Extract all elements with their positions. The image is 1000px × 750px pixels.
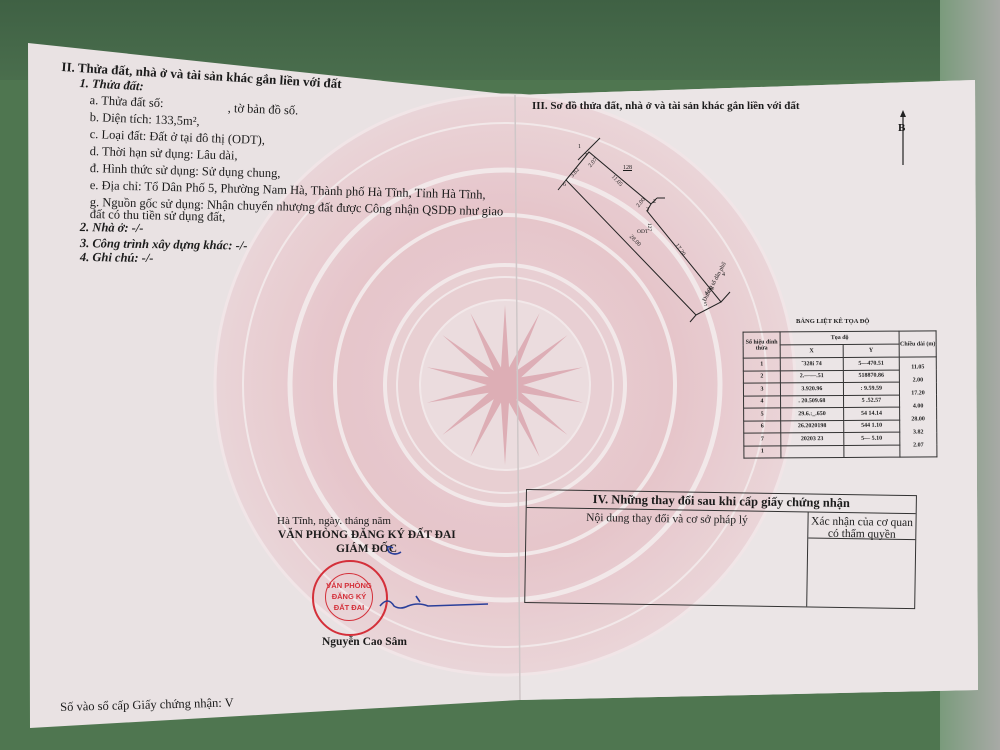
col-header-x: X	[780, 344, 843, 357]
col-header-point: Số hiệu đỉnh thửa	[743, 332, 780, 358]
authority-confirmation-header: Xác nhận của cơ quan có thẩm quyền	[808, 515, 915, 540]
coordinate-cell-y: : 9.59.59	[843, 382, 899, 395]
parcel-land-type: ODT	[637, 229, 648, 235]
coordinate-cell-x: ˜328i 74	[780, 357, 843, 370]
changes-content-header: Nội dung thay đổi và cơ sở pháp lý	[586, 512, 748, 527]
north-arrow-icon	[898, 110, 910, 166]
coordinate-cell-y: 5— 5.10	[843, 432, 899, 445]
coordinate-cell-y: 5—470.51	[843, 357, 899, 370]
coordinate-cell-x: 3.920.96	[780, 382, 843, 395]
coordinate-cell-point: 1	[743, 358, 780, 371]
coordinate-cell-x: 2.——.51	[780, 370, 843, 383]
vertex-3: 3	[646, 207, 649, 213]
coordinate-cell-point: 1	[744, 445, 781, 458]
neighbor-parcel-number: 128	[623, 165, 632, 171]
coordinate-row: 1˜328i 745—470.5111.052.0017.204.0028.00…	[743, 357, 936, 371]
changes-content-column: Nội dung thay đổi và cơ sở pháp lý	[525, 508, 808, 606]
col-header-coords: Tọa độ	[780, 331, 899, 345]
coordinate-cell-point: 3	[743, 383, 780, 396]
edge-length-value: 2.00	[900, 374, 936, 387]
coordinate-cell-y: 544 1.10	[843, 420, 899, 433]
coordinate-cell-y: 518870.86	[843, 370, 899, 383]
changes-after-issuance-table: IV. Những thay đổi sau khi cấp giấy chứn…	[524, 489, 917, 609]
col-header-y: Y	[843, 344, 899, 357]
edge-length-value: 4.00	[900, 400, 936, 413]
edge-length-value: 17.20	[900, 387, 936, 400]
coordinate-cell-x	[781, 445, 844, 458]
authority-confirmation-column: Xác nhận của cơ quan có thẩm quyền	[807, 512, 915, 608]
coordinate-table-title: BẢNG LIỆT KÊ TỌA ĐỘ	[796, 318, 869, 325]
coordinate-cell-point: 5	[744, 408, 781, 421]
signer-name: Nguyễn Cao Sâm	[322, 636, 407, 648]
coordinate-cell-point: 6	[744, 420, 781, 433]
coordinate-cell-point: 2	[743, 370, 780, 383]
vertex-6: 6	[563, 182, 566, 188]
coordinate-table: Số hiệu đỉnh thửa Tọa độ Chiều dài (m) X…	[743, 330, 938, 458]
coordinate-cell-y: 5 .52.57	[843, 395, 899, 408]
edge-length-value: 11.05	[900, 361, 936, 374]
length-column: 11.052.0017.204.0028.003.822.07	[899, 357, 937, 457]
edge-length-value: 2.07	[900, 439, 936, 452]
coordinate-cell-x: 20203 23	[781, 432, 844, 445]
coordinate-cell-x: . 20.509.68	[781, 395, 844, 408]
coordinate-cell-y	[844, 445, 900, 458]
section-iii-title: III. Sơ đồ thửa đất, nhà ở và tài sản kh…	[532, 100, 800, 112]
coordinate-cell-y: 54 14.14	[843, 407, 899, 420]
vertex-2: 2	[653, 199, 656, 205]
edge-length-value: 28.00	[900, 413, 936, 426]
col-header-length: Chiều dài (m)	[899, 331, 936, 357]
coordinate-cell-point: 4	[744, 395, 781, 408]
vertex-7: 7	[584, 153, 587, 159]
vertex-1: 1	[578, 144, 581, 150]
north-label: B	[898, 122, 905, 134]
land-certificate-page: II. Thửa đất, nhà ở và tài sản khác gắn …	[0, 0, 1000, 750]
coordinate-cell-point: 7	[744, 433, 781, 446]
edge-length-value: 3.82	[900, 426, 936, 439]
coordinate-cell-x: 26.2020198	[781, 420, 844, 433]
coordinate-cell-x: 29.6.:_.650	[781, 407, 844, 420]
